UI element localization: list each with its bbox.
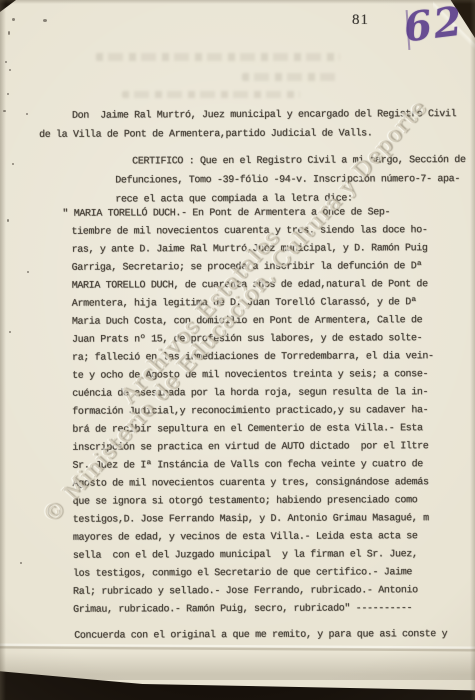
speck — [26, 113, 28, 115]
typed-line: tiembre de mil novecientos cuarenta y tr… — [71, 222, 433, 242]
typed-line: brá de recibir sepultura en el Cementeri… — [72, 420, 434, 440]
paragraph-intro: Don Jaime Ral Murtró, Juez municipal y e… — [39, 105, 456, 145]
typed-line: Sr. Juez de Iª Instáncia de Valls con fe… — [72, 456, 434, 476]
typed-line: Defunciones, Tomo -39-fólio -94-v. Inscr… — [115, 170, 466, 191]
typed-line: formación Judicial,y reconocimiento prac… — [72, 402, 434, 422]
typewritten-text: Don Jaime Ral Murtró, Juez municipal y e… — [0, 0, 475, 700]
speck — [12, 18, 15, 21]
speck — [12, 163, 14, 165]
scan-edge-left — [0, 0, 6, 700]
paragraph-certifico: CERTIFICO : Que en el Registro Civil a m… — [115, 151, 466, 210]
typed-line: CERTIFICO : Que en el Registro Civil a m… — [115, 151, 466, 172]
typed-line: cuéncia de asesinada por la horda roja, … — [72, 384, 434, 404]
speck — [9, 331, 11, 333]
typed-line: te y ocho de Agosto de mil novecientos t… — [72, 366, 434, 386]
typed-line: Juan Prats nº 15, de profesión sus labor… — [72, 330, 434, 350]
paragraph-acta-transcription: " MARIA TORELLÓ DUCH.- En Pont de Arment… — [71, 204, 434, 620]
stamp-digits: 62 — [401, 0, 466, 52]
typed-line: ras, y ante D. Jaime Ral Murtró,Juez mun… — [72, 240, 434, 260]
typed-line: Garriga, Secretario; se procede a inscri… — [72, 258, 434, 278]
scan-edge-top — [0, 0, 475, 4]
speck — [27, 271, 29, 273]
typed-line: los testigos, conmigo el Secretario de q… — [73, 564, 435, 584]
typed-line: Armentera, hija legitima de D. Juan Tore… — [72, 294, 434, 314]
typed-line: sella con el del Juzgado municipal y la … — [73, 546, 435, 566]
bottom-edge-shadow — [0, 652, 475, 680]
scanned-document-page: 81 62 Don Jaime Ral Murtró, Juez municip… — [0, 0, 475, 700]
paragraph-closing: Concuerda con el original a que me remit… — [41, 625, 447, 646]
archive-number-stamp: 62 — [404, 1, 464, 49]
typed-line: " MARIA TORELLÓ DUCH.- En Pont de Arment… — [62, 204, 433, 224]
typed-line: ra; falleció en las inmediaciones de Tor… — [72, 348, 434, 368]
typed-line: Don Jaime Ral Murtró, Juez municipal y e… — [39, 105, 456, 126]
typed-line: testigos,D. Jose Ferrando Masip, y D. An… — [73, 510, 435, 530]
typed-line: inscripción se practica en virtud de AUT… — [72, 438, 434, 458]
typed-line: Agosto de mil novecientos cuarenta y tre… — [73, 474, 435, 494]
speck — [8, 31, 10, 35]
speck — [43, 19, 47, 22]
page-number: 81 — [352, 12, 369, 29]
typed-line: Ral; rubricado y sellado.- Jose Ferrando… — [73, 582, 435, 602]
speck — [7, 219, 9, 222]
typed-line: mayores de edad, y vecinos de esta Villa… — [73, 528, 435, 548]
typed-line: Concuerda con el original a que me remit… — [41, 625, 447, 646]
speck — [20, 562, 22, 564]
speck — [7, 93, 9, 95]
scan-edge-right — [470, 0, 475, 700]
typed-line: de la Villa de Pont de Armentera,partido… — [39, 124, 456, 145]
speck — [9, 69, 11, 71]
typed-line: MARIA TORELLO DUCH, de cuarenta años de … — [72, 276, 434, 296]
typed-line: Grimau, rubricado.- Ramón Puig, secro, r… — [73, 600, 435, 620]
typed-line: que se ignora si otorgó testamento; habi… — [73, 492, 435, 512]
typed-line: Maria Duch Costa, con domicilio en Pont … — [72, 312, 434, 332]
